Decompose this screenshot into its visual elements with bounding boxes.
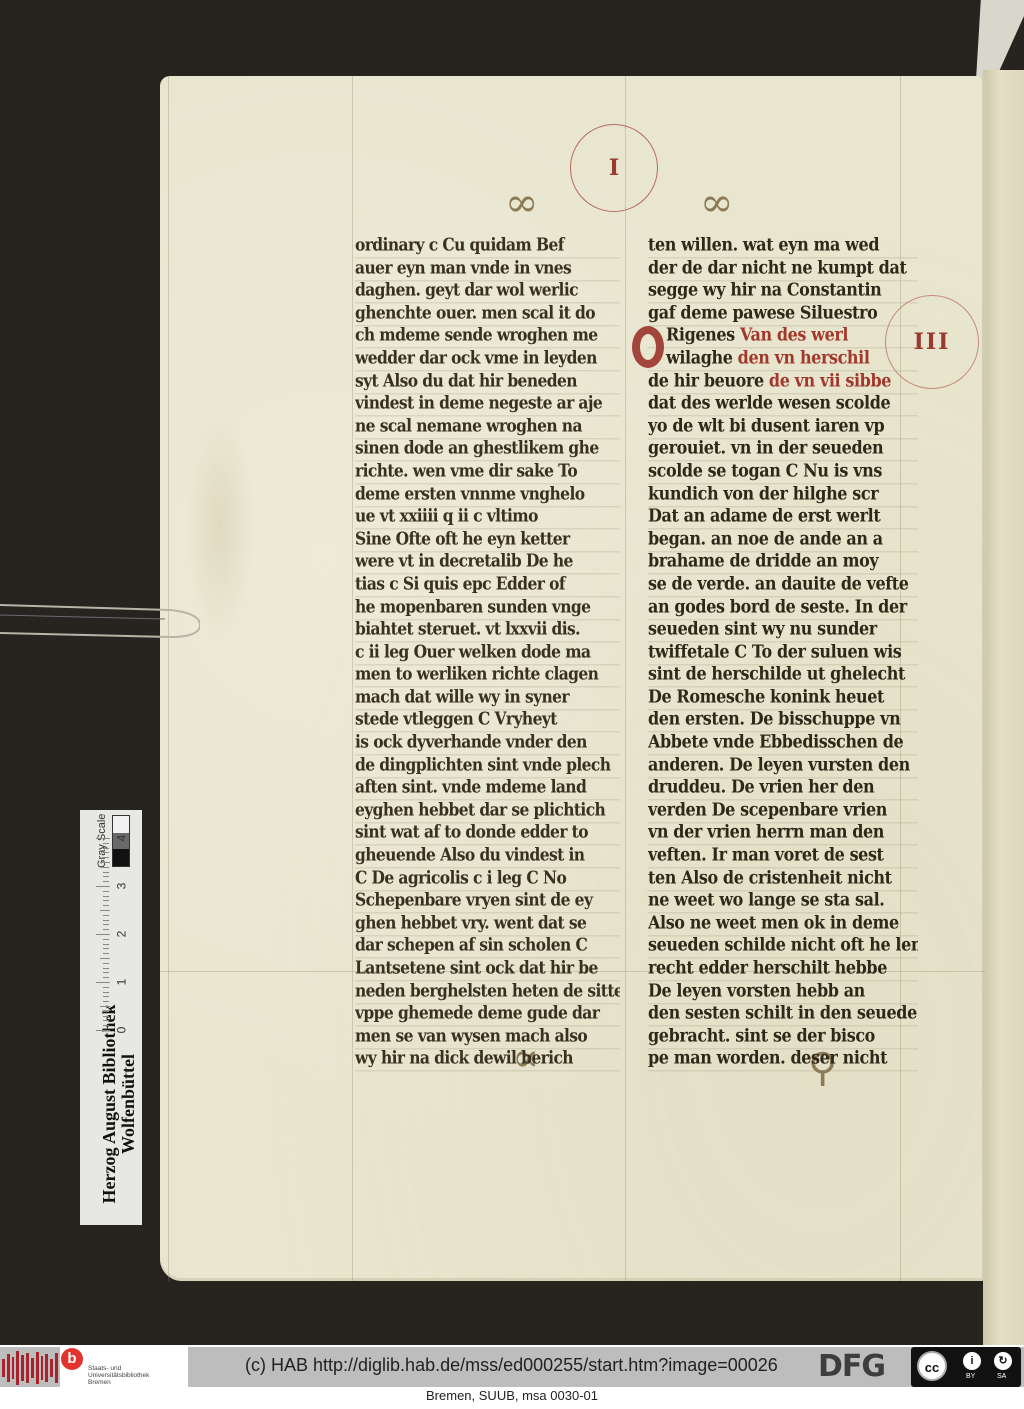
ruler-tick <box>96 1030 110 1031</box>
text-column-left: ordinary c Cu quidam Befauer eyn man vnd… <box>355 234 620 1070</box>
manuscript-line: wy hir na dick dewil berich <box>355 1046 620 1071</box>
pen-flourish-icon: ∞ <box>505 180 538 226</box>
manuscript-line: druddeu. De vrien her den <box>648 775 918 800</box>
ruler-tick <box>103 992 109 993</box>
share-alike-icon: ↻ <box>994 1352 1012 1370</box>
institution-city: Wolfenbüttel <box>119 984 138 1224</box>
manuscript-line: sint de herschilde ut ghelecht <box>648 662 918 687</box>
ruler-tick <box>103 867 109 868</box>
manuscript-line: den sesten schilt in den seuede <box>648 1001 918 1026</box>
ruler-tick <box>103 1016 109 1017</box>
ruler-tick <box>96 886 110 887</box>
ruler-tick <box>103 996 109 997</box>
manuscript-line: den ersten. De bisschuppe vn <box>648 707 918 732</box>
manuscript-line: richte. wen vme dir sake To <box>355 459 620 484</box>
decorated-initial-O <box>632 326 664 368</box>
manuscript-line: Abbete vnde Ebbedisschen de <box>648 730 918 755</box>
suub-name: Staats- und Universitätsbibliothek Breme… <box>88 1365 149 1386</box>
manuscript-line: daghen. geyt dar wol werlic <box>355 278 620 303</box>
manuscript-line: men to werliken richte clagen <box>355 662 620 687</box>
ruler-tick <box>100 958 110 959</box>
manuscript-line: Schepenbare vryen sint de ey <box>355 888 620 913</box>
ruler-tick <box>103 881 109 882</box>
ruler-tick <box>103 939 109 940</box>
cc-icon: cc <box>917 1351 947 1381</box>
ruler-tick <box>103 896 109 897</box>
sa-label: SA <box>997 1373 1006 1380</box>
ruler-tick <box>100 1006 110 1007</box>
manuscript-line: sint wat af to donde edder to <box>355 820 620 845</box>
manuscript-line: were vt in decretalib De he <box>355 549 620 574</box>
manuscript-line: Lantsetene sint ock dat hir be <box>355 956 620 981</box>
ruler-tick <box>103 857 109 858</box>
manuscript-line: ne weet wo lange se sta sal. <box>648 888 918 913</box>
ruler-tick <box>103 843 109 844</box>
paperclip-icon <box>0 585 200 645</box>
manuscript-line: segge wy hir na Constantin <box>648 278 918 303</box>
manuscript-line: dar schepen af sin scholen C <box>355 933 620 958</box>
manuscript-line: gheuende Also du vindest in <box>355 843 620 868</box>
ruler-tick <box>103 963 109 964</box>
manuscript-line: stede vtleggen C Vryheyt <box>355 707 620 732</box>
manuscript-line: dat des werlde wesen scolde <box>648 391 918 416</box>
manuscript-line: recht edder herschilt hebbe <box>648 956 918 981</box>
ruler-tick <box>103 924 109 925</box>
manuscript-line: is ock dyverhande vnder den <box>355 730 620 755</box>
manuscript-line: se de verde. an dauite de vefte <box>648 572 918 597</box>
ruler-tick <box>96 982 110 983</box>
chapter-number: I <box>609 155 619 181</box>
manuscript-line: gerouiet. vn in der seueden <box>648 436 918 461</box>
ruler-tick <box>103 920 109 921</box>
by-label: BY <box>966 1373 975 1380</box>
rubric-text: de vn vii sibbe <box>769 369 891 390</box>
chapter-number-circle-I: I <box>570 124 658 212</box>
ruler-tick <box>96 838 110 839</box>
ruler-tick <box>103 872 109 873</box>
manuscript-line: he mopenbaren sunden vnge <box>355 594 620 619</box>
manuscript-line: biahtet steruet. vt lxxvii dis. <box>355 617 620 642</box>
ruler-number: 4 <box>114 835 128 842</box>
ruler-number: 0 <box>114 1027 128 1034</box>
dfg-logo: DFG <box>818 1350 885 1384</box>
ruler-tick <box>103 968 109 969</box>
ruler-tick <box>103 852 109 853</box>
ruler-tick <box>103 900 109 901</box>
ruler-tick <box>103 905 109 906</box>
ruler-tick <box>103 1001 109 1002</box>
cc-license-badge[interactable]: cc i ↻ BY SA <box>911 1347 1021 1387</box>
manuscript-line: seueden sint wy nu sunder <box>648 617 918 642</box>
gray-scale-label: Gray Scale <box>96 814 108 868</box>
manuscript-line: vppe ghemede deme gude dar <box>355 1001 620 1026</box>
ruler-number: 1 <box>114 979 128 986</box>
manuscript-line: ordinary c Cu quidam Bef <box>355 233 620 258</box>
manuscript-line: brahame de dridde an moy <box>648 549 918 574</box>
ruler-tick <box>103 953 109 954</box>
suub-b-icon: b <box>61 1348 83 1370</box>
manuscript-line: scolde se togan C Nu is vns <box>648 459 918 484</box>
ruler-number: 2 <box>114 931 128 938</box>
manuscript-line: ch mdeme sende wroghen me <box>355 323 620 348</box>
ruler-tick <box>103 944 109 945</box>
ruler-tick <box>103 915 109 916</box>
ruler-tick <box>103 848 109 849</box>
ruler-tick <box>103 891 109 892</box>
pen-flourish-icon: ∞ <box>700 180 733 226</box>
shelfmark-caption: Bremen, SUUB, msa 0030-01 <box>0 1388 1024 1403</box>
chapter-number: III <box>914 329 951 355</box>
rubric-text: den vn herschil <box>738 347 870 368</box>
facing-page-edge <box>983 70 1024 1345</box>
ruler-tick <box>100 862 110 863</box>
ruler-tick <box>103 929 109 930</box>
manuscript-line: ten willen. wat eyn ma wed <box>648 233 918 258</box>
attribution-icon: i <box>963 1352 981 1370</box>
manuscript-line: pe man worden. deser nicht <box>648 1046 918 1071</box>
manuscript-line: Dat an adame de erst werlt <box>648 504 918 529</box>
manuscript-line: Rigenes Van des werl <box>648 323 918 348</box>
manuscript-line: seueden schilde nicht oft he len <box>648 933 918 958</box>
ruling-line <box>625 76 626 1281</box>
manuscript-line: tias c Si quis epc Edder of <box>355 572 620 597</box>
ruler-tick <box>103 1020 109 1021</box>
manuscript-line: sinen dode an ghestlikem ghe <box>355 436 620 461</box>
text-column-right: ten willen. wat eyn ma wedder de dar nic… <box>648 234 918 1070</box>
ruler-number: 3 <box>114 883 128 890</box>
manuscript-line: aften sint. vnde mdeme land <box>355 775 620 800</box>
ruler-tick <box>100 910 110 911</box>
manuscript-line: vindest in deme negeste ar aje <box>355 391 620 416</box>
rubric-text: Van des werl <box>740 324 848 345</box>
manuscript-line: wedder dar ock vme in leyden <box>355 346 620 371</box>
ruler-tick <box>103 987 109 988</box>
ruling-line <box>352 76 353 1281</box>
ruler-tick <box>103 972 109 973</box>
copyright-link[interactable]: (c) HAB http://diglib.hab.de/mss/ed00025… <box>245 1355 778 1376</box>
ruler-tick <box>103 1025 109 1026</box>
ruler-tick <box>103 977 109 978</box>
ruler-tick <box>103 948 109 949</box>
manuscript-line: wilaghe den vn herschil <box>648 346 918 371</box>
ruler-tick <box>103 876 109 877</box>
ruler-tick <box>96 934 110 935</box>
manuscript-line: vn der vrien herrn man den <box>648 820 918 845</box>
manuscript-line: ue vt xxiiii q ii c vltimo <box>355 504 620 529</box>
ruler-tick <box>103 1011 109 1012</box>
manuscript-line: an godes bord de seste. In der <box>648 594 918 619</box>
suub-barcode-logo-icon <box>2 1350 58 1385</box>
ruling-line <box>168 76 169 1281</box>
manuscript-line: veften. Ir man voret de sest <box>648 843 918 868</box>
